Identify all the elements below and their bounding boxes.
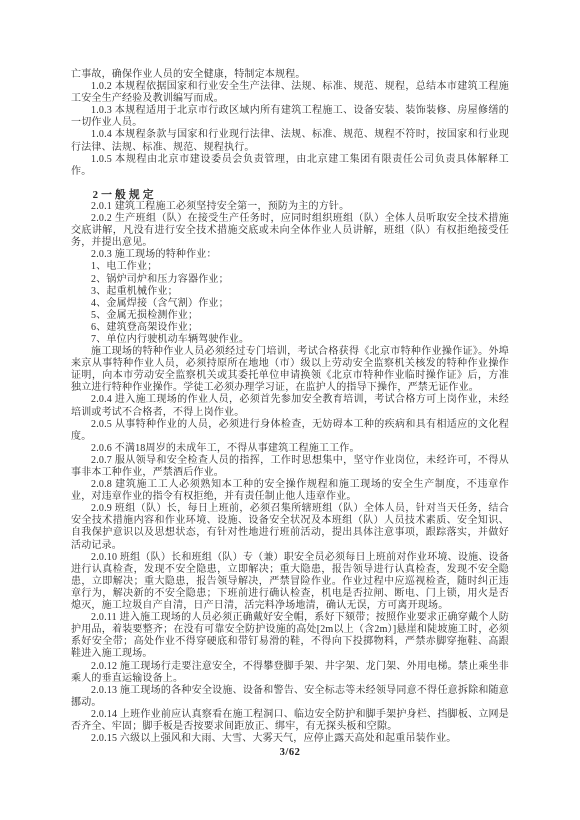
paragraph: 2.0.12 施工现场行走要注意安全，不得攀登脚手架、井字架、龙门架、外用电梯。… bbox=[71, 661, 509, 685]
paragraph: 2.0.11 进入施工现场的人员必须正确戴好安全帽，系好下颏带；按照作业要求正确… bbox=[71, 612, 509, 660]
paragraph: 2.0.10 班组（队）长和班组（队）专（兼）职安全员必须每日上班前对作业环境、… bbox=[71, 552, 509, 612]
paragraph: 2.0.8 建筑施工工人必须熟知本工种的安全操作规程和施工现场的安全生产制度，不… bbox=[71, 479, 509, 503]
document-page: 亡事故，确保作业人员的安全健康，特制定本规程。1.0.2 本规程依据国家和行业安… bbox=[0, 0, 580, 820]
list-item: 4、金属焊接（含气割）作业； bbox=[71, 298, 509, 310]
paragraph: 2.0.14 上班作业前应认真察看在施工程洞口、临边安全防护和脚手架护身栏、挡脚… bbox=[71, 709, 509, 733]
list-item: 7、单位内行驶机动车辆驾驶作业。 bbox=[71, 334, 509, 346]
paragraph: 2.0.5 从事特种作业的人员，必须进行身体检查，无妨碍本工种的疾病和具有相适应… bbox=[71, 419, 509, 443]
paragraph: 2.0.7 服从领导和安全检查人员的指挥，工作时思想集中，坚守作业岗位，未经许可… bbox=[71, 455, 509, 479]
list-item: 5、金属无损检测作业； bbox=[71, 310, 509, 322]
paragraph: 2.0.3 施工现场的特种作业： bbox=[71, 249, 509, 261]
list-item: 3、起重机械作业； bbox=[71, 286, 509, 298]
paragraph: 2.0.1 建筑工程施工必须坚持安全第一，预防为主的方针。 bbox=[71, 201, 509, 213]
paragraph: 1.0.2 本规程依据国家和行业安全生产法律、法规、标准、规范、规程，总结本市建… bbox=[71, 81, 509, 105]
document-body: 亡事故，确保作业人员的安全健康，特制定本规程。1.0.2 本规程依据国家和行业安… bbox=[71, 69, 509, 745]
paragraph: 1.0.4 本规程条款与国家和行业现行法律、法规、标准、规范、规程不符时，按国家… bbox=[71, 129, 509, 153]
paragraph: 亡事故，确保作业人员的安全健康，特制定本规程。 bbox=[71, 69, 509, 81]
list-item: 2、锅炉司炉和压力容器作业； bbox=[71, 274, 509, 286]
paragraph: 2.0.2 生产班组（队）在接受生产任务时，应同时组织班组（队）全体人员听取安全… bbox=[71, 213, 509, 249]
list-item: 6、建筑登高架设作业； bbox=[71, 322, 509, 334]
page-number: 3/62 bbox=[0, 747, 580, 758]
paragraph: 2.0.4 进入施工现场的作业人员，必须首先参加安全教育培训，考试合格方可上岗作… bbox=[71, 394, 509, 418]
paragraph: 2.0.15 六级以上强风和大雨、大雪、大雾天气，应停止露天高处和起重吊装作业。 bbox=[71, 733, 509, 745]
paragraph: 1.0.3 本规程适用于北京市行政区域内所有建筑工程施工、设备安装、装饰装修、房… bbox=[71, 105, 509, 129]
section-heading: 2 一 般 规 定 bbox=[71, 189, 509, 201]
paragraph: 1.0.5 本规程由北京市建设委员会负责管理，由北京建工集团有限责任公司负责具体… bbox=[71, 154, 509, 178]
paragraph: 施工现场的特种作业人员必须经过专门培训，考试合格获得《北京市特种作业操作证》。外… bbox=[71, 346, 509, 394]
paragraph: 2.0.9 班组（队）长，每日上班前，必须召集所辖班组（队）全体人员，针对当天任… bbox=[71, 503, 509, 551]
paragraph: 2.0.6 不满18周岁的未成年工，不得从事建筑工程施工工作。 bbox=[71, 443, 509, 455]
list-item: 1、电工作业； bbox=[71, 261, 509, 273]
paragraph: 2.0.13 施工现场的各种安全设施、设备和警告、安全标志等未经领导同意不得任意… bbox=[71, 685, 509, 709]
